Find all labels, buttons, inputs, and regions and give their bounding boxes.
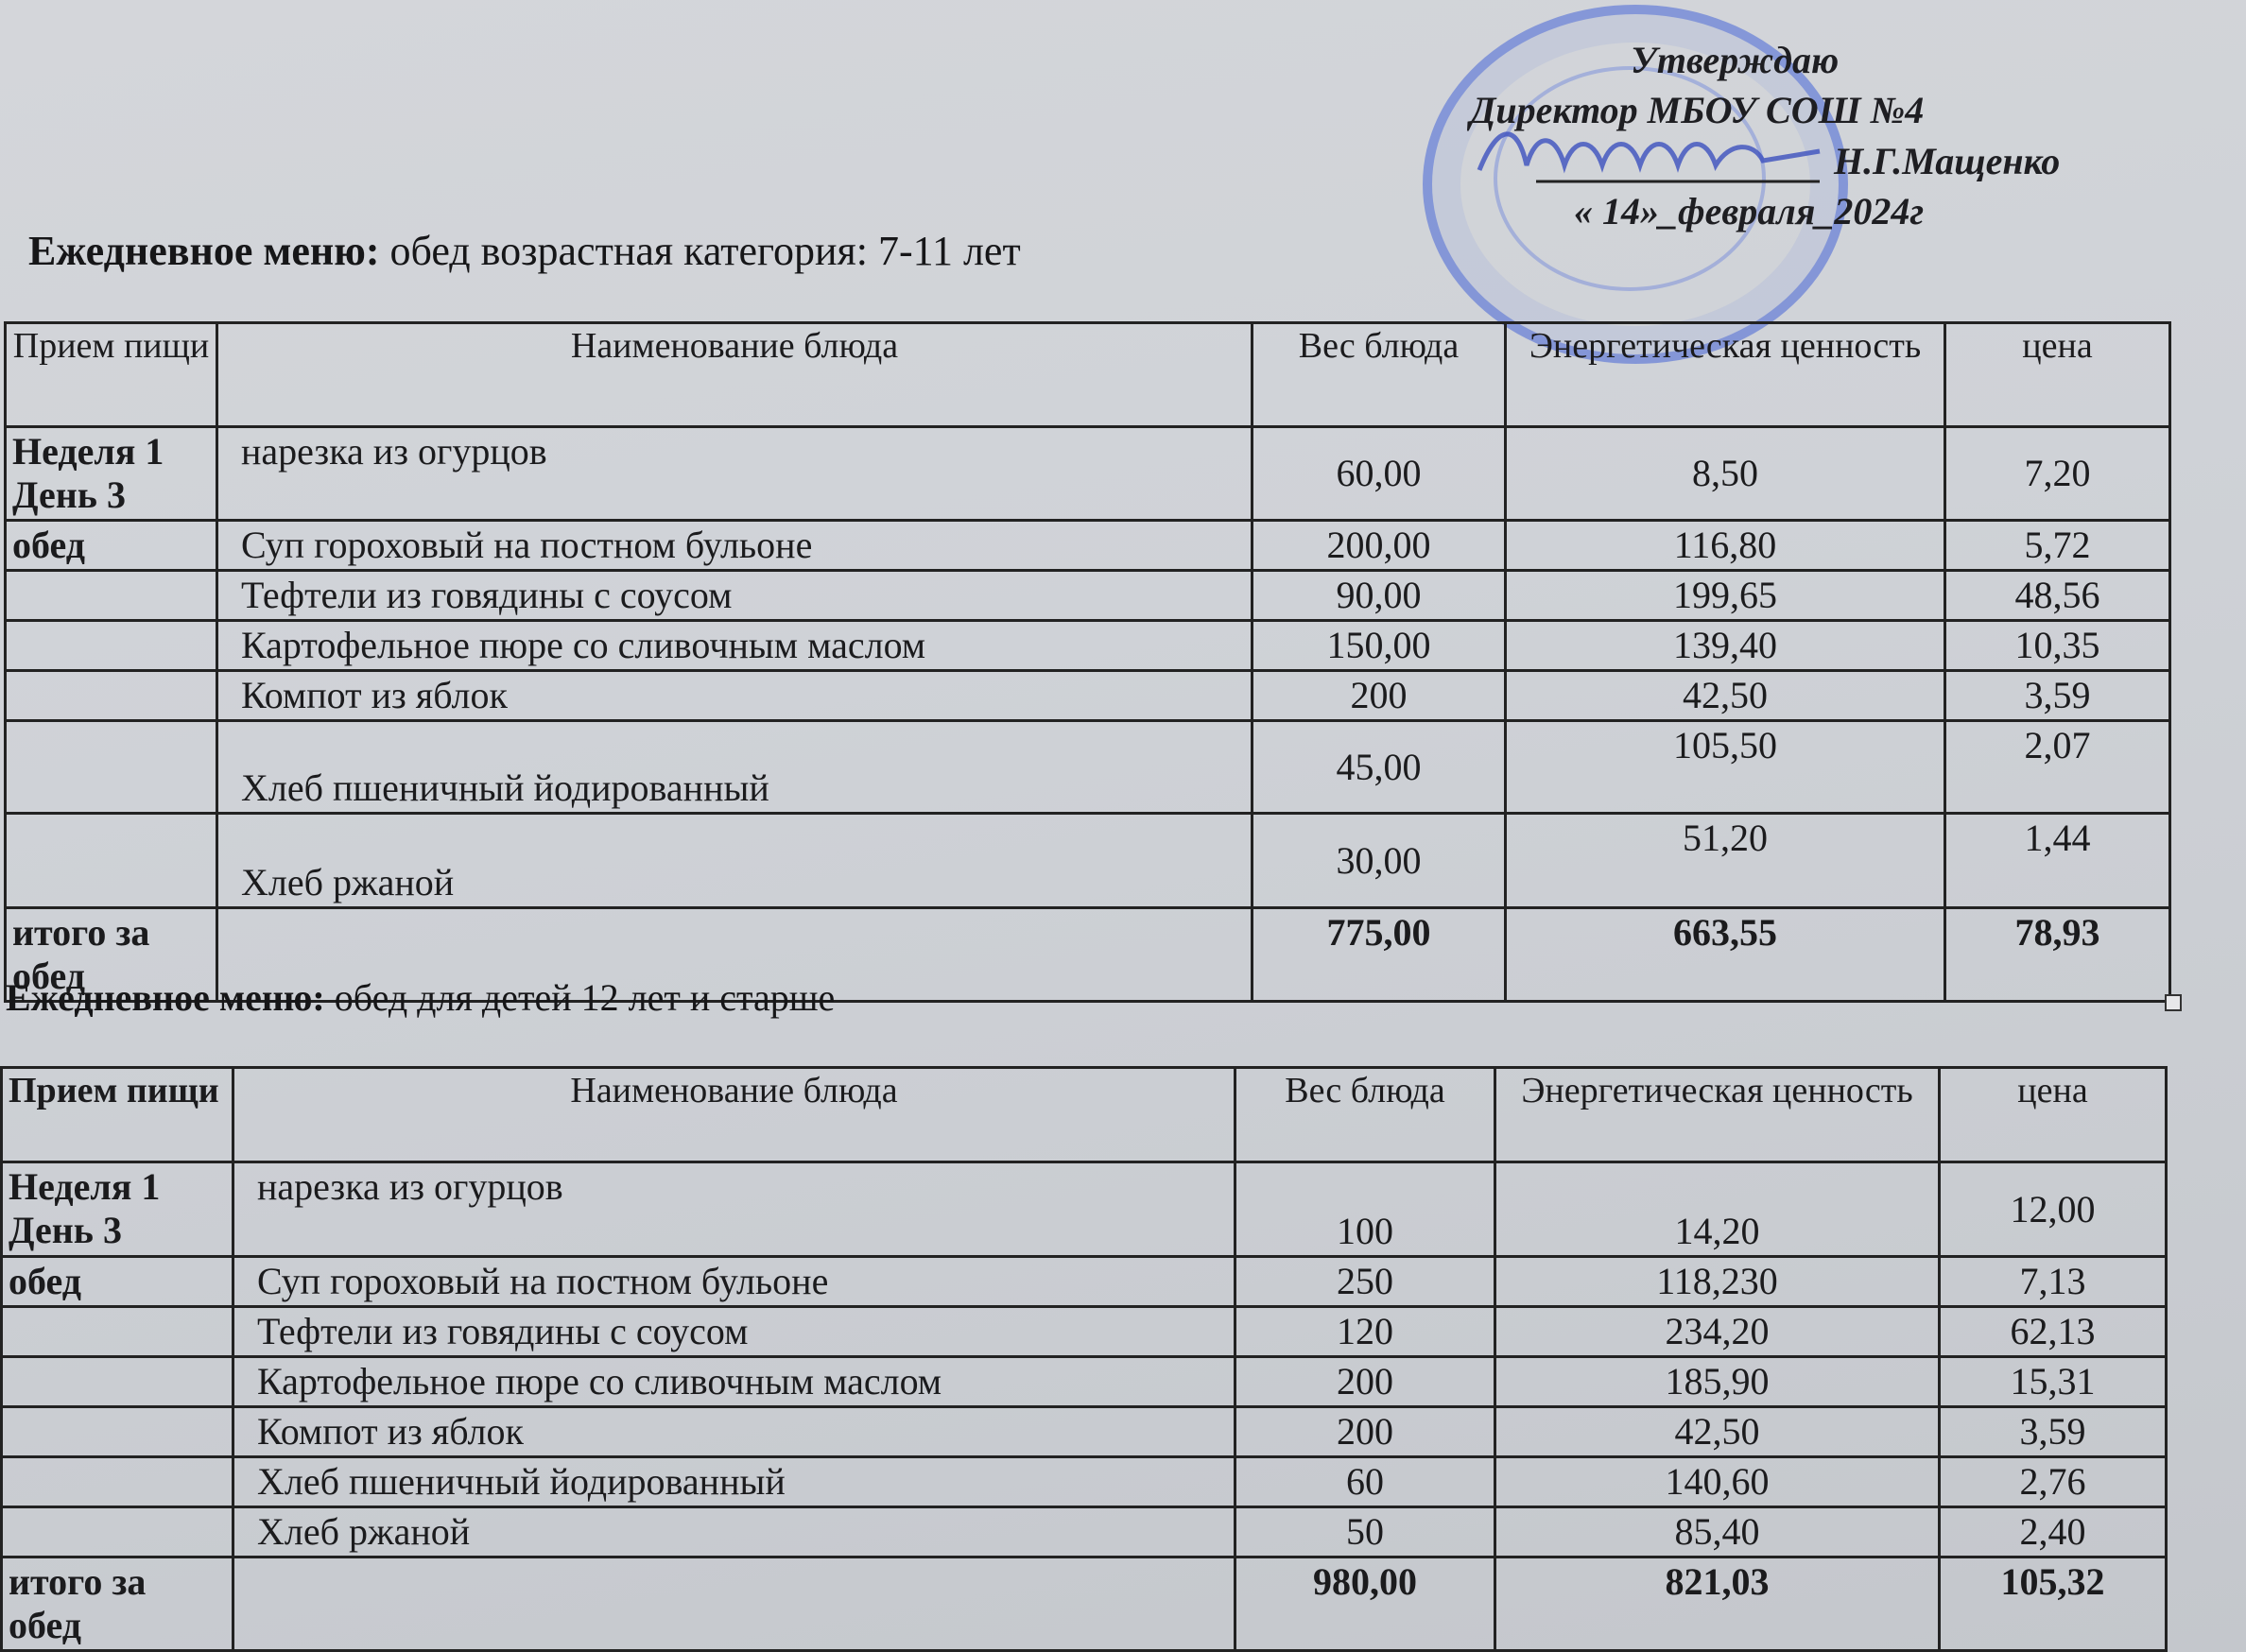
dish-energy: 51,20 [1506,814,1945,908]
approval-line-position: Директор МБОУ СОШ №4 [1470,88,1924,132]
menu-table-12-plus: Прием пищи Наименование блюда Вес блюда … [0,1066,2168,1652]
dish-energy: 118,230 [1495,1257,1940,1307]
dish-weight: 250 [1235,1257,1495,1307]
dish-price: 62,13 [1940,1307,2167,1357]
dish-name: Хлеб пшеничный йодированный [217,721,1253,814]
meal-empty [2,1357,233,1407]
header-dish: Наименование блюда [217,323,1253,427]
meal-empty [2,1307,233,1357]
dish-energy: 140,60 [1495,1457,1940,1507]
dish-name: Хлеб ржаной [233,1507,1235,1557]
total-price: 78,93 [1945,908,2170,1002]
table-resize-handle [2165,994,2182,1011]
dish-price: 5,72 [1945,521,2170,571]
dish-energy: 139,40 [1506,621,1945,671]
dish-name: Тефтели из говядины с соусом [233,1307,1235,1357]
dish-energy: 105,50 [1506,721,1945,814]
menu-title-category: обед для детей 12 лет и старше [335,976,836,1019]
dish-weight: 200,00 [1253,521,1506,571]
total-weight: 980,00 [1235,1557,1495,1651]
table-row: Неделя 1День 3 нарезка из огурцов 100 14… [2,1162,2167,1257]
dish-weight: 60,00 [1253,427,1506,521]
approval-line-date: « 14»_февраля_2024г [1574,189,1924,233]
dish-price: 12,00 [1940,1162,2167,1257]
dish-name: Тефтели из говядины с соусом [217,571,1253,621]
meal-empty [2,1507,233,1557]
total-empty [233,1557,1235,1651]
dish-energy: 234,20 [1495,1307,1940,1357]
dish-price: 7,13 [1940,1257,2167,1307]
total-row: итого за обед 980,00 821,03 105,32 [2,1557,2167,1651]
meal-week-day: Неделя 1День 3 [2,1162,233,1257]
total-energy: 663,55 [1506,908,1945,1002]
dish-name: нарезка из огурцов [217,427,1253,521]
table-row: Хлеб ржаной 30,00 51,20 1,44 [6,814,2170,908]
total-weight: 775,00 [1253,908,1506,1002]
dish-name: Суп гороховый на постном бульоне [217,521,1253,571]
dish-weight: 150,00 [1253,621,1506,671]
header-meal: Прием пищи [2,1068,233,1162]
dish-weight: 120 [1235,1307,1495,1357]
total-energy: 821,03 [1495,1557,1940,1651]
dish-price: 3,59 [1945,671,2170,721]
dish-weight: 45,00 [1253,721,1506,814]
dish-energy: 8,50 [1506,427,1945,521]
table-row: Тефтели из говядины с соусом 120 234,20 … [2,1307,2167,1357]
meal-empty [2,1407,233,1457]
dish-weight: 50 [1235,1507,1495,1557]
total-price: 105,32 [1940,1557,2167,1651]
header-meal: Прием пищи [6,323,217,427]
dish-price: 48,56 [1945,571,2170,621]
approval-line-approve: Утверждаю [1631,38,1839,82]
dish-energy: 85,40 [1495,1507,1940,1557]
dish-price: 3,59 [1940,1407,2167,1457]
dish-name: Картофельное пюре со сливочным маслом [233,1357,1235,1407]
header-weight: Вес блюда [1235,1068,1495,1162]
dish-weight: 100 [1235,1162,1495,1257]
dish-weight: 200 [1235,1407,1495,1457]
dish-energy: 14,20 [1495,1162,1940,1257]
menu-title-label: Ежедневное меню: [28,228,380,274]
menu-title-7-11: Ежедневное меню: обед возрастная категор… [28,227,1021,275]
menu-title-label: Ежедневное меню: [6,976,325,1019]
dish-price: 2,76 [1940,1457,2167,1507]
header-energy: Энергетическая ценность [1495,1068,1940,1162]
dish-price: 10,35 [1945,621,2170,671]
dish-name: Хлеб пшеничный йодированный [233,1457,1235,1507]
dish-weight: 200 [1253,671,1506,721]
meal-empty [6,671,217,721]
dish-price: 1,44 [1945,814,2170,908]
dish-energy: 42,50 [1495,1407,1940,1457]
dish-energy: 116,80 [1506,521,1945,571]
dish-price: 7,20 [1945,427,2170,521]
dish-energy: 42,50 [1506,671,1945,721]
menu-title-12-plus: Ежедневное меню: обед для детей 12 лет и… [6,975,835,1020]
dish-weight: 30,00 [1253,814,1506,908]
dish-name: Компот из яблок [233,1407,1235,1457]
table-row: обед Суп гороховый на постном бульоне 25… [2,1257,2167,1307]
table-row: Картофельное пюре со сливочным маслом 20… [2,1357,2167,1407]
table-row: Неделя 1День 3 нарезка из огурцов 60,00 … [6,427,2170,521]
meal-empty [6,571,217,621]
dish-weight: 200 [1235,1357,1495,1407]
dish-name: Картофельное пюре со сливочным маслом [217,621,1253,671]
total-label: итого за обед [2,1557,233,1651]
dish-weight: 60 [1235,1457,1495,1507]
meal-type: обед [6,521,217,571]
header-weight: Вес блюда [1253,323,1506,427]
table-row: Хлеб пшеничный йодированный 60 140,60 2,… [2,1457,2167,1507]
header-price: цена [1945,323,2170,427]
table-row: Тефтели из говядины с соусом 90,00 199,6… [6,571,2170,621]
meal-type: обед [2,1257,233,1307]
table-row: Компот из яблок 200 42,50 3,59 [6,671,2170,721]
approval-line-name: Н.Г.Мащенко [1834,139,2060,183]
dish-name: Хлеб ржаной [217,814,1253,908]
dish-price: 2,40 [1940,1507,2167,1557]
table-row: обед Суп гороховый на постном бульоне 20… [6,521,2170,571]
table-header-row: Прием пищи Наименование блюда Вес блюда … [2,1068,2167,1162]
dish-name: Компот из яблок [217,671,1253,721]
menu-title-category: обед возрастная категория: 7-11 лет [390,228,1021,274]
table-row: Картофельное пюре со сливочным маслом 15… [6,621,2170,671]
meal-empty [6,814,217,908]
meal-week-day: Неделя 1День 3 [6,427,217,521]
meal-empty [6,621,217,671]
dish-price: 15,31 [1940,1357,2167,1407]
dish-price: 2,07 [1945,721,2170,814]
menu-table-7-11: Прием пищи Наименование блюда Вес блюда … [4,321,2171,1003]
dish-energy: 185,90 [1495,1357,1940,1407]
dish-weight: 90,00 [1253,571,1506,621]
header-price: цена [1940,1068,2167,1162]
dish-name: нарезка из огурцов [233,1162,1235,1257]
table-row: Хлеб ржаной 50 85,40 2,40 [2,1507,2167,1557]
dish-name: Суп гороховый на постном бульоне [233,1257,1235,1307]
header-energy: Энергетическая ценность [1506,323,1945,427]
table-row: Хлеб пшеничный йодированный 45,00 105,50… [6,721,2170,814]
table-header-row: Прием пищи Наименование блюда Вес блюда … [6,323,2170,427]
dish-energy: 199,65 [1506,571,1945,621]
header-dish: Наименование блюда [233,1068,1235,1162]
table-row: Компот из яблок 200 42,50 3,59 [2,1407,2167,1457]
meal-empty [2,1457,233,1507]
meal-empty [6,721,217,814]
